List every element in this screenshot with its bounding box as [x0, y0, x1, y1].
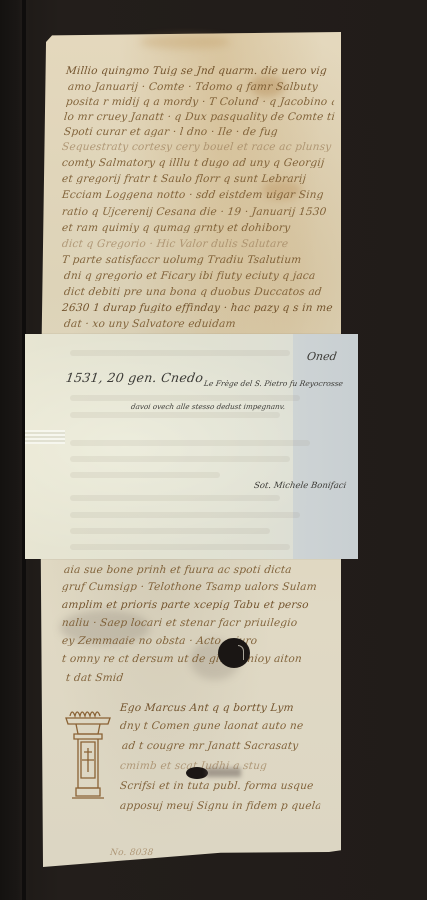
text-line: ratio q Ujcerenij Cesana die · 19 · Janu… — [61, 207, 334, 217]
text-line: gruf Cumsigp · Telothone Tsamp ualors Su… — [61, 582, 334, 592]
text-line: dni q gregorio et Ficary ibi fiuty eciut… — [63, 271, 332, 281]
text-line: 2630 1 durap fugito effinday · hac pazy … — [61, 303, 334, 313]
ink-smudge — [206, 768, 241, 777]
slip-crease — [25, 430, 65, 444]
text-line: comty Salmatory q illlu t dugo ad uny q … — [61, 158, 334, 168]
text-line: posita r midij q a mordy · T Colund · q … — [65, 97, 334, 107]
text-line: naliu · Saep locari et stenar facr priui… — [61, 618, 332, 628]
text-line: apposuj meuj Signu in fidem p quelaq — [119, 801, 320, 811]
text-line: dict q Gregorio · Hic Valor dulis Saluta… — [61, 239, 332, 249]
foxing-stain — [140, 35, 230, 49]
text-line: T parte satisfaccr uolumg Tradiu Tsaluti… — [61, 255, 332, 265]
text-line: dat · xo uny Salvatore eduidam — [63, 319, 324, 329]
text-line: amplim et prioris parte xcepig Tabu et p… — [61, 600, 332, 610]
text-line: t dat Smid — [65, 673, 146, 683]
slip-text-line-2: davoi ovech alle stesso dedust impegnanv… — [130, 402, 285, 411]
text-line: Scrifsi et in tuta publ. forma usque — [119, 781, 316, 791]
parchment-hole — [218, 638, 250, 668]
text-line: Sequestraty cortesy cery bouel et race a… — [61, 142, 334, 152]
text-line: aia sue bone prinh et fuura ac spoti dic… — [63, 565, 334, 575]
slip-date-line: 1531, 20 gen. Cnedo — [65, 370, 204, 385]
notary-signum-icon — [64, 704, 112, 804]
text-line: Spoti curar et agar · l dno · Ile · de f… — [63, 127, 334, 137]
text-line: ey Zemmaaie no obsta · Acto q juro — [61, 636, 332, 646]
text-line: dny t Comen gune laonat auto ne — [119, 721, 320, 731]
slip-header-right: Oned — [306, 350, 337, 363]
text-line: ad t cougre mr Janatt Sacrasaty — [121, 741, 318, 751]
text-line: lo mr cruey Janatt · q Dux pasquality de… — [63, 112, 334, 122]
annotation-slip-blue-edge — [293, 334, 358, 559]
ink-blot — [186, 767, 208, 779]
text-line: et gregorij fratr t Saulo florr q sunt L… — [61, 174, 332, 184]
slip-text-line-1: Le Frège del S. Pietro fu Reyocrosse — [203, 379, 343, 388]
text-line: Millio quingmo Tuig se Jnd quarm. die ue… — [65, 66, 336, 76]
text-line: Ecciam Loggena notto · sdd eistdem uigar… — [61, 190, 332, 200]
text-line: amo Januarij · Comte · Tdomo q famr Salb… — [67, 82, 334, 92]
text-line: dict debiti pre una bona q duobus Duccat… — [63, 287, 332, 297]
text-line: t omny re ct dersum ut de glui minioy ai… — [61, 654, 334, 664]
text-line: Ego Marcus Ant q q bortty Lym — [119, 703, 330, 713]
bottom-archival-number: No. 8038 — [109, 848, 180, 858]
slip-signature: Sot. Michele Bonifaci — [253, 481, 347, 491]
text-line: et ram quimiy q qumag grnty et dohibory — [61, 223, 334, 233]
